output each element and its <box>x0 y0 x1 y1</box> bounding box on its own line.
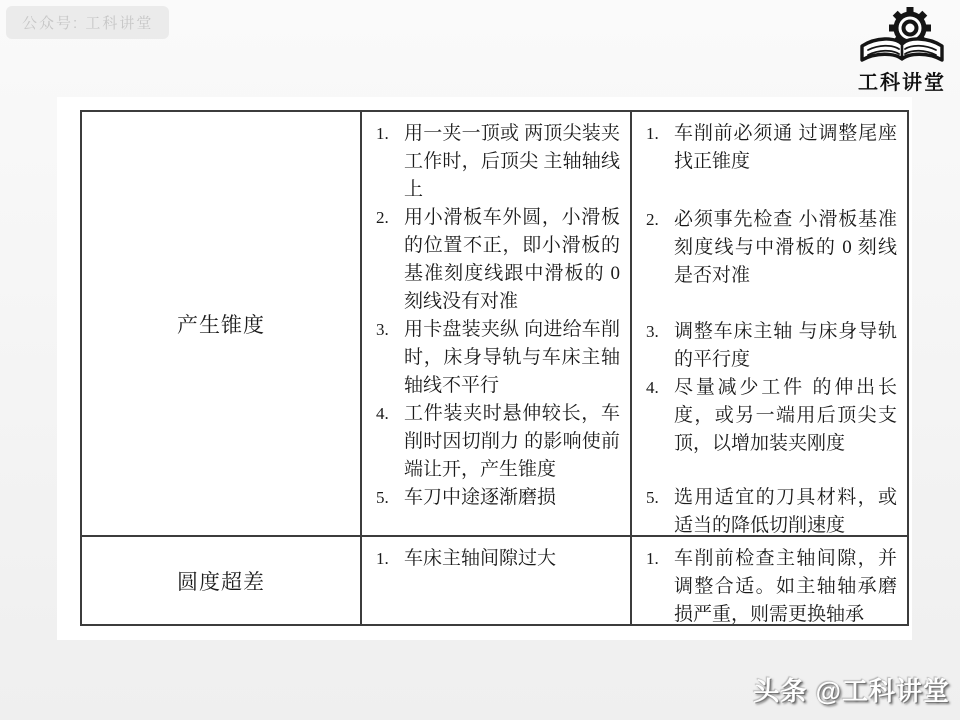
solution-item: 车削前必须通 过调整尾座找正锥度 <box>644 120 897 176</box>
brand-logo: 工科讲堂 <box>852 2 952 95</box>
solutions-cell-roundness: 车削前检查主轴间隙，并调整合适。如主轴轴承磨损严重，则需更换轴承 <box>632 537 907 624</box>
defect-table: 产生锥度 用一夹一顶或 两顶尖装夹工作时，后顶尖 主轴轴线上 用小滑板车外圆，小… <box>80 110 909 626</box>
top-left-watermark: 公众号: 工科讲堂 <box>6 6 169 39</box>
solutions-list: 车削前必须通 过调整尾座找正锥度 必须事先检查 小滑板基准刻度线与中滑板的 0 … <box>632 112 907 537</box>
gear-book-logo-icon <box>852 2 952 68</box>
solution-item: 调整车床主轴 与床身导轨的平行度 <box>644 318 897 374</box>
cause-item: 车床主轴间隙过大 <box>374 545 620 573</box>
causes-list: 用一夹一顶或 两顶尖装夹工作时，后顶尖 主轴轴线上 用小滑板车外圆，小滑板的位置… <box>362 112 630 512</box>
solution-item: 尽量减少工件 的伸出长度，或另一端用后顶尖支顶，以增加装夹刚度 <box>644 374 897 458</box>
solution-item: 选用适宜的刀具材料，或适当的降低切削速度 <box>644 484 897 537</box>
cause-item: 工件装夹时悬伸较长，车削时因切削力 的影响使前端让开，产生锥度 <box>374 400 620 484</box>
cause-item: 车刀中途逐渐磨损 <box>374 484 620 512</box>
causes-cell-taper: 用一夹一顶或 两顶尖装夹工作时，后顶尖 主轴轴线上 用小滑板车外圆，小滑板的位置… <box>362 112 632 537</box>
slide: 公众号: 工科讲堂 <box>0 0 960 720</box>
problem-cell-taper: 产生锥度 <box>82 112 362 537</box>
logo-text: 工科讲堂 <box>852 66 952 95</box>
problem-cell-roundness: 圆度超差 <box>82 537 362 624</box>
causes-list: 车床主轴间隙过大 <box>362 537 630 573</box>
problem-label: 产生锥度 <box>177 309 265 339</box>
solutions-cell-taper: 车削前必须通 过调整尾座找正锥度 必须事先检查 小滑板基准刻度线与中滑板的 0 … <box>632 112 907 537</box>
cause-item: 用小滑板车外圆，小滑板的位置不正，即小滑板的基准刻度线跟中滑板的 0 刻线没有对… <box>374 204 620 316</box>
bottom-right-watermark: 头条 @工科讲堂 <box>753 671 950 708</box>
cause-item: 用一夹一顶或 两顶尖装夹工作时，后顶尖 主轴轴线上 <box>374 120 620 204</box>
book-icon <box>862 39 942 60</box>
solutions-list: 车削前检查主轴间隙，并调整合适。如主轴轴承磨损严重，则需更换轴承 <box>632 537 907 624</box>
solution-item: 车削前检查主轴间隙，并调整合适。如主轴轴承磨损严重，则需更换轴承 <box>644 545 897 624</box>
solution-item: 必须事先检查 小滑板基准刻度线与中滑板的 0 刻线是否对准 <box>644 206 897 290</box>
causes-cell-roundness: 车床主轴间隙过大 <box>362 537 632 624</box>
cause-item: 用卡盘装夹纵 向进给车削时，床身导轨与车床主轴轴线不平行 <box>374 316 620 400</box>
problem-label: 圆度超差 <box>177 566 265 596</box>
